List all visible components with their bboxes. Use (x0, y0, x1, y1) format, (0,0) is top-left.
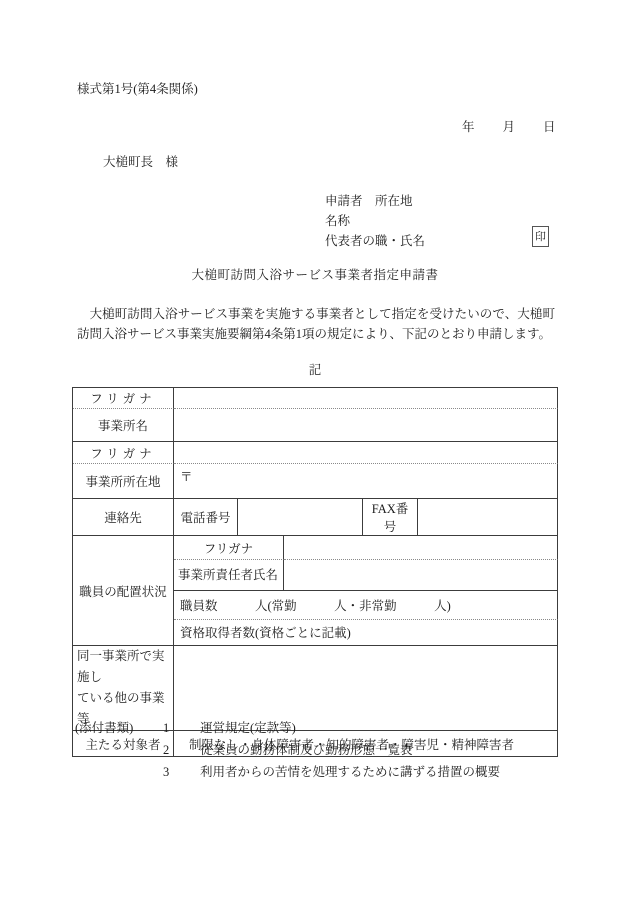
applicant-line-representative: 代表者の職・氏名 (325, 231, 425, 251)
phone-label: 電話番号 (174, 499, 238, 536)
furigana2-label: フリガナ (73, 442, 174, 464)
office-name-field[interactable] (174, 409, 558, 442)
attachment-text: 従業員の勤務体制及び勤務形態一覧表 (200, 739, 500, 761)
table-row: 事業所名 (73, 409, 558, 442)
office-name-label: 事業所名 (73, 409, 174, 442)
applicant-line-name: 名称 (325, 211, 425, 231)
manager-name-field[interactable] (284, 560, 558, 591)
table-row: フリガナ (73, 442, 558, 464)
other-business-label-line1: 同一事業所で実施し (77, 646, 169, 688)
fax-label: FAX番号 (363, 499, 418, 536)
attachments-list: (添付書類) 1 運営規定(定款等) 2 従業員の勤務体制及び勤務形態一覧表 3… (75, 717, 500, 783)
attachment-num: 3 (163, 761, 200, 783)
table-row: フリガナ (73, 388, 558, 409)
table-row: 事業所所在地 〒 (73, 464, 558, 499)
furigana1-label: フリガナ (73, 388, 174, 409)
body-paragraph: 大槌町訪問入浴サービス事業を実施する事業者として指定を受けたいので、大槌町訪問入… (77, 304, 555, 344)
page-title: 大槌町訪問入浴サービス事業者指定申請書 (0, 265, 630, 283)
table-row: 連絡先 電話番号 FAX番号 (73, 499, 558, 536)
qualified-count-line: 資格取得者数(資格ごとに記載) (174, 620, 558, 646)
office-address-label: 事業所所在地 (73, 464, 174, 499)
staffing-furigana-field[interactable] (284, 536, 558, 560)
attachments-label-spacer (75, 739, 163, 761)
furigana1-field[interactable] (174, 388, 558, 409)
applicant-block: 申請者 所在地 名称 代表者の職・氏名 (325, 191, 425, 251)
table-row: 職員の配置状況 フリガナ (73, 536, 558, 560)
application-table: フリガナ 事業所名 フリガナ 事業所所在地 〒 連絡先 電話番号 FAX番号 職… (72, 387, 558, 757)
attachment-num: 2 (163, 739, 200, 761)
attachment-text: 利用者からの苦情を処理するために講ずる措置の概要 (200, 761, 500, 783)
fax-field[interactable] (418, 499, 558, 536)
form-number: 様式第1号(第4条関係) (77, 79, 198, 97)
staff-count-line: 職員数 人(常勤 人・非常勤 人) (174, 591, 558, 620)
attachments-label-spacer (75, 761, 163, 783)
attachment-num: 1 (163, 717, 200, 739)
phone-field[interactable] (238, 499, 363, 536)
furigana2-field[interactable] (174, 442, 558, 464)
staffing-label: 職員の配置状況 (73, 536, 174, 646)
contact-label: 連絡先 (73, 499, 174, 536)
applicant-line-address: 申請者 所在地 (325, 191, 425, 211)
staffing-furigana-label: フリガナ (174, 536, 284, 560)
manager-name-label: 事業所責任者氏名 (174, 560, 284, 591)
attachments-label: (添付書類) (75, 717, 163, 739)
record-mark: 記 (0, 360, 630, 378)
seal-box: 印 (532, 226, 549, 247)
office-address-field[interactable]: 〒 (174, 464, 558, 499)
addressee: 大槌町長 様 (103, 152, 178, 170)
attachment-text: 運営規定(定款等) (200, 717, 500, 739)
document-page: 様式第1号(第4条関係) 年 月 日 大槌町長 様 申請者 所在地 名称 代表者… (0, 0, 630, 903)
date-line: 年 月 日 (462, 117, 557, 135)
